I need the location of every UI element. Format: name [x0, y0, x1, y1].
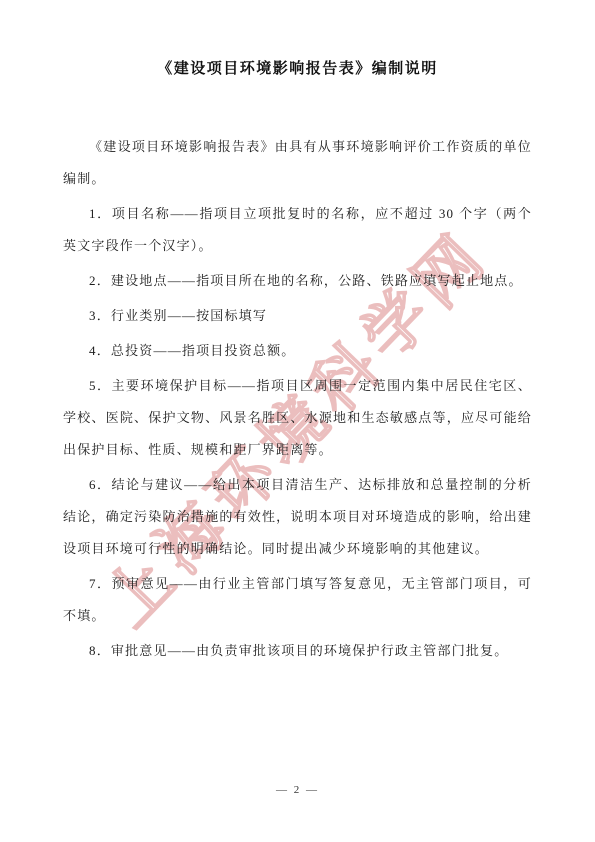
para-item-6: 6．结论与建议——给出本项目清洁生产、达标排放和总量控制的分析结论，确定污染防治… [63, 469, 532, 565]
para-item-1: 1．项目名称——指项目立项批复时的名称，应不超过 30 个字（两个英文字段作一个… [63, 198, 532, 262]
para-item-5: 5．主要环境保护目标——指项目区周围一定范围内集中居民住宅区、学校、医院、保护文… [63, 370, 532, 466]
page-content: 《建设项目环境影响报告表》编制说明 《建设项目环境影响报告表》由具有从事环境影响… [0, 0, 595, 842]
para-item-7: 7．预审意见——由行业主管部门填写答复意见，无主管部门项目，可不填。 [63, 568, 532, 632]
para-item-2: 2．建设地点——指项目所在地的名称，公路、铁路应填写起止地点。 [63, 265, 532, 297]
para-item-3: 3．行业类别——按国标填写 [63, 300, 532, 332]
document-title: 《建设项目环境影响报告表》编制说明 [63, 58, 532, 81]
document-page: 上海环境科学网 《建设项目环境影响报告表》编制说明 《建设项目环境影响报告表》由… [0, 0, 595, 842]
page-number: — 2 — [0, 784, 595, 796]
para-item-8: 8．审批意见——由负责审批该项目的环境保护行政主管部门批复。 [63, 635, 532, 667]
para-item-4: 4．总投资——指项目投资总额。 [63, 335, 532, 367]
body-text: 《建设项目环境影响报告表》由具有从事环境影响评价工作资质的单位编制。 1．项目名… [63, 131, 532, 667]
para-intro: 《建设项目环境影响报告表》由具有从事环境影响评价工作资质的单位编制。 [63, 131, 532, 195]
